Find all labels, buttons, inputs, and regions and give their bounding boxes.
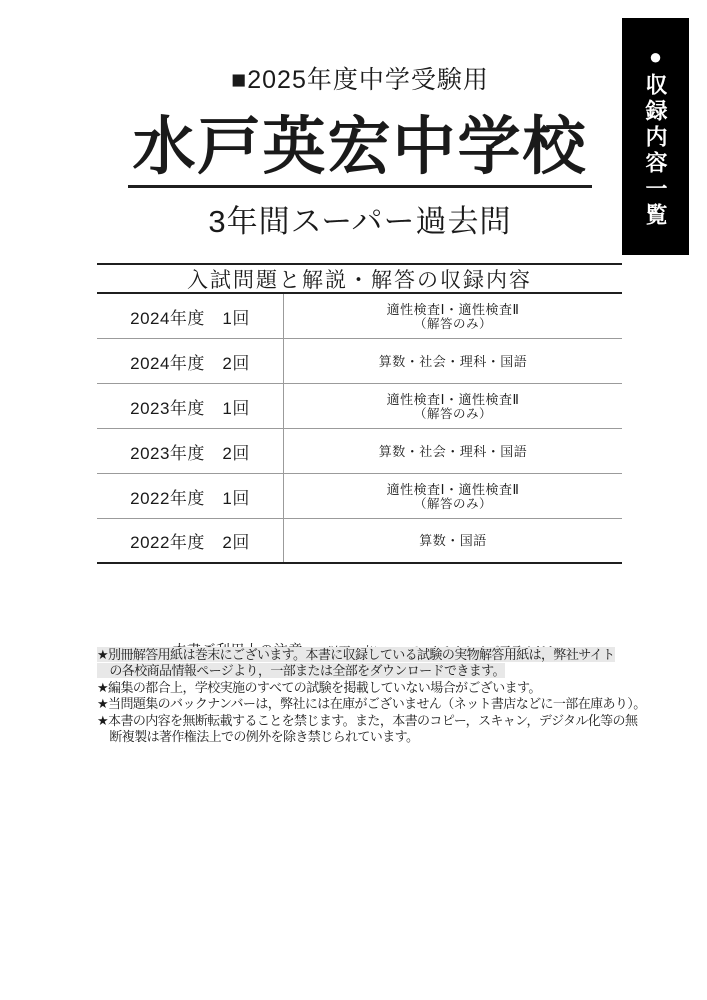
answer-only-note: （解答のみ）	[414, 317, 492, 331]
subjects-cell: 適性検査Ⅰ・適性検査Ⅱ （解答のみ）	[283, 474, 622, 518]
subjects-cell: 適性検査Ⅰ・適性検査Ⅱ （解答のみ）	[283, 294, 622, 338]
answer-only-note: （解答のみ）	[414, 497, 492, 511]
edition-label: ■2025年度中学受験用	[97, 60, 623, 96]
side-banner: ●収録内容一覧	[622, 18, 689, 255]
subjects-cell: 算数・国語	[283, 519, 622, 562]
table-row: 2022年度 2回 算数・国語	[97, 519, 622, 564]
note-bullet-line: の各校商品情報ページより，一部または全部をダウンロードできます。	[97, 663, 627, 679]
table-row: 2024年度 2回 算数・社会・理科・国語	[97, 339, 622, 384]
answer-only-note: （解答のみ）	[414, 407, 492, 421]
subjects-label: 適性検査Ⅰ・適性検査Ⅱ	[387, 392, 520, 407]
table-row: 2023年度 1回 適性検査Ⅰ・適性検査Ⅱ （解答のみ）	[97, 384, 622, 429]
table-row: 2024年度 1回 適性検査Ⅰ・適性検査Ⅱ （解答のみ）	[97, 294, 622, 339]
table-row: 2023年度 2回 算数・社会・理科・国語	[97, 429, 622, 474]
exam-label: 2023年度 2回	[97, 429, 283, 473]
subjects-cell: 適性検査Ⅰ・適性検査Ⅱ （解答のみ）	[283, 384, 622, 428]
note-bullet-text: 断複製は著作権法上での例外を除き禁じられています。	[97, 729, 418, 744]
note-bullet-line: ★編集の都合上，学校実施のすべての試験を掲載していない場合がございます。	[97, 680, 627, 696]
school-name-title: 水戸英宏中学校	[97, 96, 623, 187]
note-bullet-text-highlighted: の各校商品情報ページより，一部または全部をダウンロードできます。	[97, 663, 505, 678]
exam-label: 2023年度 1回	[97, 384, 283, 428]
note-bullet-line: ★本書の内容を無断転載することを禁じます。また，本書のコピー，スキャン，デジタル…	[97, 713, 627, 729]
exam-label: 2022年度 1回	[97, 474, 283, 518]
table-row: 2022年度 1回 適性検査Ⅰ・適性検査Ⅱ （解答のみ）	[97, 474, 622, 519]
subjects-label: 算数・国語	[419, 533, 487, 548]
subjects-cell: 算数・社会・理科・国語	[283, 429, 622, 473]
book-cover-page: ■2025年度中学受験用 水戸英宏中学校 3年間スーパー過去問 ●収録内容一覧 …	[0, 0, 707, 1000]
exam-label: 2024年度 1回	[97, 294, 283, 338]
subjects-label: 算数・社会・理科・国語	[379, 444, 528, 459]
exam-label: 2024年度 2回	[97, 339, 283, 383]
note-bullet-line: ★別冊解答用紙は巻末にございます。本書に収録している試験の実物解答用紙は，弊社サ…	[97, 647, 627, 663]
side-banner-label: ●収録内容一覧	[640, 44, 671, 229]
subjects-label: 算数・社会・理科・国語	[379, 354, 528, 369]
table-title: 入試問題と解説・解答の収録内容	[97, 263, 622, 294]
note-bullet-text: ★編集の都合上，学校実施のすべての試験を掲載していない場合がございます。	[97, 680, 541, 695]
note-bullet-text-highlighted: ★別冊解答用紙は巻末にございます。本書に収録している試験の実物解答用紙は，弊社サ…	[97, 647, 615, 662]
subjects-label: 適性検査Ⅰ・適性検査Ⅱ	[387, 302, 520, 317]
note-bullet-text: ★当問題集のバックナンバーは，弊社には在庫がございません（ネット書店などに一部在…	[97, 696, 646, 711]
notes-list: ★別冊解答用紙は巻末にございます。本書に収録している試験の実物解答用紙は，弊社サ…	[97, 647, 627, 745]
subjects-label: 適性検査Ⅰ・適性検査Ⅱ	[387, 482, 520, 497]
note-bullet-line: 断複製は著作権法上での例外を除き禁じられています。	[97, 729, 627, 745]
contents-table: 入試問題と解説・解答の収録内容 2024年度 1回 適性検査Ⅰ・適性検査Ⅱ （解…	[97, 263, 622, 564]
series-subtitle: 3年間スーパー過去問	[97, 196, 623, 241]
subjects-cell: 算数・社会・理科・国語	[283, 339, 622, 383]
note-bullet-text: ★本書の内容を無断転載することを禁じます。また，本書のコピー，スキャン，デジタル…	[97, 713, 637, 728]
note-bullet-line: ★当問題集のバックナンバーは，弊社には在庫がございません（ネット書店などに一部在…	[97, 696, 627, 712]
exam-label: 2022年度 2回	[97, 519, 283, 562]
title-underline	[128, 185, 592, 188]
